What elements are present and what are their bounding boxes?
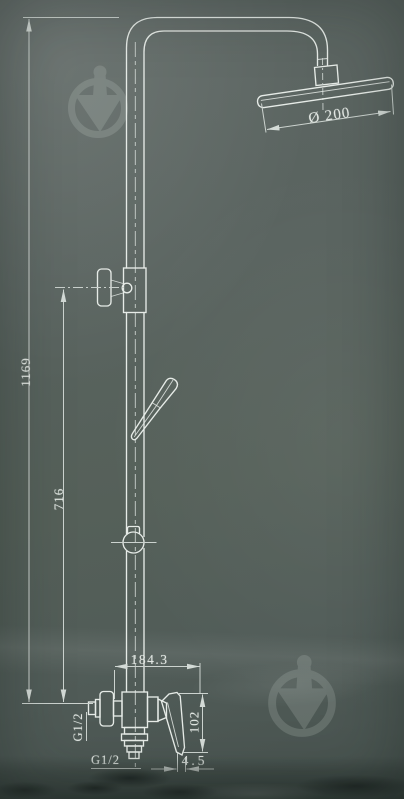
scan-vignette xyxy=(0,0,404,799)
scanned-technical-drawing: 1169 716 Ø 200 184.3 102 4.5 G1/2 G1/2 xyxy=(0,0,404,799)
